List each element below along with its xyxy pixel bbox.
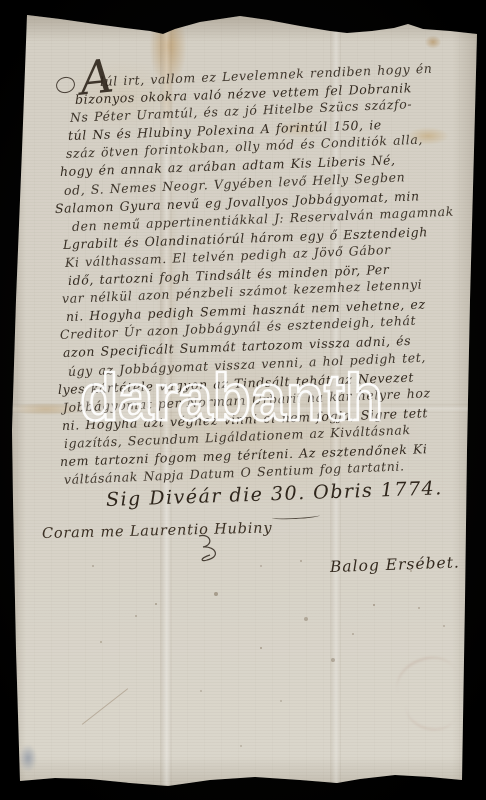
bottom-edge-shadow bbox=[0, 756, 486, 788]
photo-background: A lúl irt, vallom ez Levelemnek rendiben… bbox=[0, 0, 486, 800]
darabanth-watermark: darabanth bbox=[80, 364, 383, 430]
left-edge-shadow bbox=[10, 0, 26, 800]
blue-smudge bbox=[19, 744, 37, 772]
paper-speckles bbox=[0, 0, 2, 2]
paper-sheet: A lúl irt, vallom ez Levelemnek rendiben… bbox=[0, 0, 486, 800]
top-edge-shadow bbox=[0, 12, 486, 42]
signature-flourish bbox=[196, 533, 230, 563]
